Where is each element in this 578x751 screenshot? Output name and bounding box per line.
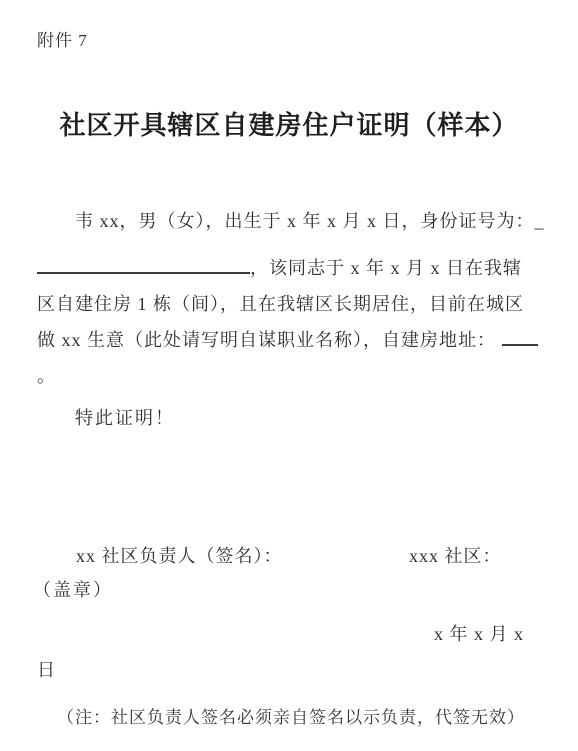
body-line-3: 区自建住房 1 栋（间），且在我辖区长期居住，目前在城区 (37, 286, 545, 322)
certificate-document-page: 附件 7 社区开具辖区自建房住户证明（样本） 韦 xx，男（女），出生于 x 年… (0, 0, 578, 751)
body-paragraph: 韦 xx，男（女），出生于 x 年 x 月 x 日，身份证号为：_ ，该同志于 … (37, 203, 545, 394)
body-line-5: 。 (37, 358, 545, 394)
idcard-blank-line (37, 255, 250, 274)
community-label: xxx 社区： (409, 542, 502, 568)
signature-row: xx 社区负责人（签名）： xxx 社区： (0, 542, 578, 568)
body-line-1: 韦 xx，男（女），出生于 x 年 x 月 x 日，身份证号为：_ (37, 203, 545, 239)
document-title: 社区开具辖区自建房住户证明（样本） (0, 105, 578, 142)
signer-label: xx 社区负责人（签名）： (76, 542, 283, 568)
body-line-2: ，该同志于 x 年 x 月 x 日在我辖 (37, 250, 545, 286)
hereby-statement: 特此证明！ (75, 404, 175, 430)
body-line-4-text: 做 xx 生意（此处请写明自谋职业名称），自建房地址： (37, 330, 496, 350)
seal-label: （盖章） (33, 576, 113, 602)
address-blank-line (502, 327, 538, 346)
footnote: （注：社区负责人签名必须亲自签名以示负责，代签无效） (57, 703, 525, 728)
attachment-label: 附件 7 (37, 26, 88, 51)
date-line: x 年 x 月 x (434, 620, 524, 646)
body-line-1-text: 韦 xx，男（女），出生于 x 年 x 月 x 日，身份证号为： (75, 211, 535, 231)
day-label: 日 (37, 656, 55, 682)
body-line-2-text: ，该同志于 x 年 x 月 x 日在我辖 (250, 258, 522, 278)
body-line-4: 做 xx 生意（此处请写明自谋职业名称），自建房地址： (37, 322, 545, 358)
idcard-blank-short: _ (535, 211, 545, 231)
